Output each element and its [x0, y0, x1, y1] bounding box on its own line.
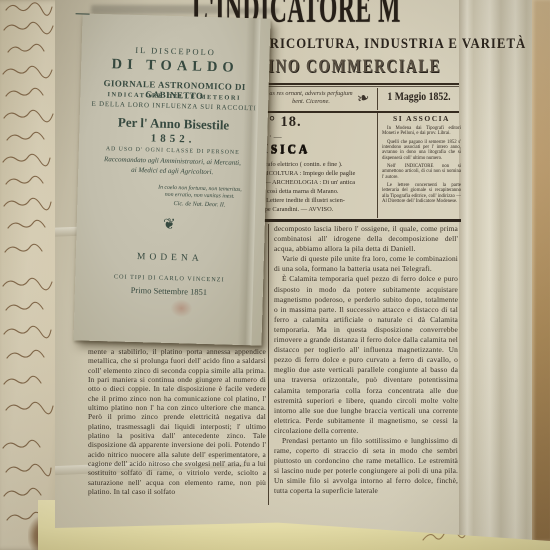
index-line: telegrafo elettrico ( contin. e fine ).: [253, 161, 379, 170]
article-paragraph: Varie di queste pile unite fra loro, com…: [274, 254, 458, 274]
article-paragraph: È Calamita temporaria quel pezzo di ferr…: [274, 274, 458, 436]
pamphlet-title-page: IL DISCEPOLO DI TOALDO GIORNALE ASTRONOM…: [73, 13, 270, 345]
article-left-column: mente a stabilirlo, il platino porta ann…: [88, 347, 266, 505]
vertical-rule: [377, 113, 378, 218]
index-line: ase : Lettere inedite di illustri scien-: [253, 197, 379, 206]
motto-line2: bent. Cicerone.: [252, 98, 370, 106]
index-summary: telegrafo elettrico ( contin. e fine ).A…: [253, 161, 379, 214]
subscription-paragraphs: In Modena dai Tipografi editori Moneti e…: [382, 126, 461, 204]
subscription-paragraph: In Modena dai Tipografi editori Moneti e…: [382, 126, 461, 137]
flourish-ornament-icon: ❦: [77, 212, 265, 236]
index-line: AGRICOLTURA : Impiego delle paglie: [253, 170, 379, 179]
pamphlet-city: MODENA: [76, 250, 264, 265]
index-line: nella così detta marna di Marano.: [253, 188, 379, 197]
subscription-paragraph: Nell' INDICATORE non si ammettono artico…: [382, 164, 461, 180]
masthead-subtitle: RICOLTURA, INDUSTRIA E VARIETÀ: [270, 36, 494, 53]
motto-line1: as res ornant, adversis perfugium: [252, 90, 370, 98]
pamphlet-subtitle3: E DELLA LORO INFLUENZA SUI RACCOLTI: [80, 100, 268, 112]
article-paragraph: Prendasi pertanto un filo sottilissimo e…: [274, 436, 458, 497]
horizontal-rule: [250, 86, 459, 87]
subscription-paragraph: Quelli che pagano il semestre 1852 s' in…: [382, 140, 461, 161]
pamphlet-title: DI TOALDO: [81, 55, 269, 77]
article-paragraph: decomposto lascia libero l' ossigene, il…: [274, 224, 458, 254]
masthead-banner: INO COMMERCIALE: [268, 56, 418, 78]
manuscript-handwriting: [0, 0, 64, 550]
column-divider-rule: [268, 224, 269, 505]
cicero-motto: as res ornant, adversis perfugium bent. …: [252, 90, 370, 105]
photo-of-antique-documents: L'INDICATORE MODENESE RICOLTURA, INDUSTR…: [0, 0, 550, 550]
pamphlet-quote-source: Cic. de Nat. Deor. II.: [134, 199, 266, 210]
pamphlet-printer: COI TIPI DI CARLO VINCENZI: [75, 272, 263, 284]
subscription-heading: SI ASSOCIA: [382, 114, 461, 123]
manuscript-page: [0, 0, 64, 550]
issue-date: 1 Maggio 1852.: [385, 91, 453, 103]
pamphlet-print-date: Primo Settembre 1851: [75, 283, 263, 298]
article-right-column: decomposto lascia libero l' ossigene, il…: [274, 224, 458, 502]
horizontal-rule: [250, 111, 459, 113]
vertical-rule: [377, 88, 378, 110]
index-line: rde. — ARCHEOLOGIA : Di un' antica: [253, 179, 379, 188]
subscription-box: SI ASSOCIA In Modena dai Tipografi edito…: [382, 114, 461, 218]
rust-stain: [170, 299, 192, 318]
book-edge: [532, 0, 550, 541]
horizontal-rule: [250, 83, 459, 85]
heavy-horizontal-rule: [250, 219, 461, 222]
index-line: useppe Carandini. — AVVISO.: [253, 206, 379, 215]
subscription-paragraph: Le lettere concernenti la parte letterar…: [382, 183, 461, 204]
